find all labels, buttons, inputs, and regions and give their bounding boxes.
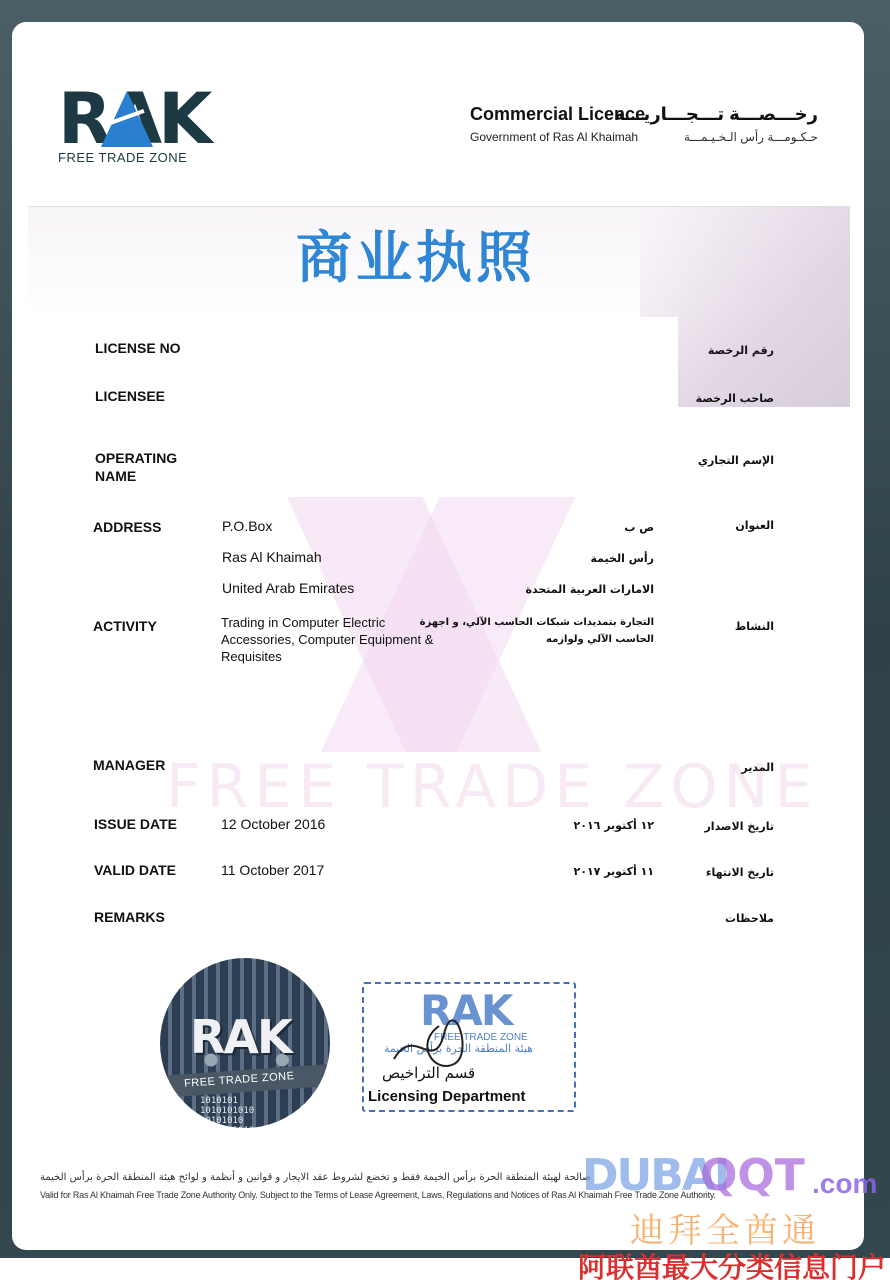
- header-arabic: رخـــصـــة تـــجـــاريـــة حـكـومـــة رأ…: [614, 104, 818, 144]
- site-watermark-brand-right: QQT: [700, 1150, 805, 1201]
- background-text-watermark: FREE TRADE ZONE: [166, 752, 818, 822]
- license-no-label: LICENSE NO: [95, 339, 181, 357]
- address-line-1-ar: ص ب: [624, 520, 654, 536]
- operating-name-label-line1: OPERATING: [95, 449, 177, 467]
- site-watermark-tld: .com: [812, 1168, 877, 1200]
- activity-line-3: Requisites: [221, 648, 282, 666]
- licensee-label-ar: صاحب الرخصة: [696, 391, 774, 407]
- valid-date-label: VALID DATE: [94, 861, 176, 879]
- stamp-department-ar: قسم التراخيص: [382, 1064, 475, 1082]
- manager-label: MANAGER: [93, 756, 165, 774]
- redacted-area: [218, 317, 678, 477]
- hologram-seal: RAK FREE TRADE ZONE 1010101 1010101010 1…: [160, 958, 330, 1128]
- operating-name-label-ar: الإسم التجاري: [698, 453, 774, 469]
- site-watermark-cn-tagline: 阿联酋最大分类信息门户: [578, 1246, 886, 1280]
- operating-name-label-line2: NAME: [95, 467, 136, 485]
- binary-row: 10101010: [200, 1116, 254, 1126]
- site-watermark-cn-name: 迪拜全酋通: [630, 1203, 820, 1252]
- activity-label-ar: النشاط: [735, 619, 774, 635]
- chinese-overlay-title: 商业执照: [296, 214, 536, 294]
- licensee-label: LICENSEE: [95, 387, 165, 405]
- footer-note-ar: صالحة لهيئة المنطقة الحرة برأس الخيمة فق…: [40, 1172, 591, 1183]
- licensing-department-stamp: RAK FREE TRADE ZONE هيئة المنطقة الحرة ب…: [362, 982, 576, 1112]
- license-no-label-ar: رقم الرخصة: [708, 343, 774, 359]
- activity-line-2-ar: الحاسب الآلي ولوازمه: [546, 632, 654, 648]
- issue-date-value: 12 October 2016: [221, 815, 325, 833]
- stamp-department-en: Licensing Department: [368, 1088, 526, 1105]
- binary-row: 1010101: [200, 1096, 254, 1106]
- remarks-label-ar: ملاحظات: [725, 911, 774, 927]
- activity-line-1: Trading in Computer Electric: [221, 614, 385, 632]
- rak-logo: RAK FREE TRADE ZONE: [58, 88, 198, 168]
- valid-date-value: 11 October 2017: [221, 861, 324, 879]
- hologram-logo: RAK: [190, 1010, 291, 1064]
- address-line-3-ar: الامارات العربية المتحدة: [525, 582, 654, 598]
- logo-subtitle: FREE TRADE ZONE: [58, 150, 187, 165]
- logo-triangle-icon: [101, 91, 153, 147]
- activity-line-2: Accessories, Computer Equipment &: [221, 631, 433, 649]
- address-line-1: P.O.Box: [222, 517, 272, 535]
- activity-label: ACTIVITY: [93, 617, 157, 635]
- remarks-label: REMARKS: [94, 908, 165, 926]
- address-line-3: United Arab Emirates: [222, 579, 354, 597]
- valid-date-label-ar: تاريخ الانتهاء: [706, 865, 774, 881]
- address-line-2-ar: رأس الخيمة: [591, 551, 654, 567]
- manager-label-ar: المدير: [741, 760, 774, 776]
- binary-row: 1010101010: [200, 1126, 254, 1128]
- valid-date-value-ar: ١١ أكتوبر ٢٠١٧: [574, 864, 654, 880]
- issue-date-label-ar: تاريخ الاصدار: [704, 819, 774, 835]
- hologram-binary-pattern: 1010101 1010101010 10101010 1010101010: [200, 1096, 254, 1128]
- issue-date-value-ar: ١٢ أكتوبر ٢٠١٦: [574, 818, 654, 834]
- document-title-ar: رخـــصـــة تـــجـــاريـــة: [614, 104, 818, 125]
- address-label-ar: العنوان: [735, 518, 774, 534]
- address-label: ADDRESS: [93, 518, 161, 536]
- issue-date-label: ISSUE DATE: [94, 815, 177, 833]
- activity-line-1-ar: التجارة بتمديدات شبكات الحاسب الآلي، و ا…: [420, 615, 654, 631]
- address-line-2: Ras Al Khaimah: [222, 548, 322, 566]
- binary-row: 1010101010: [200, 1106, 254, 1116]
- document-issuer-ar: حـكـومـــة رأس الـخـيـمـــة: [614, 130, 818, 144]
